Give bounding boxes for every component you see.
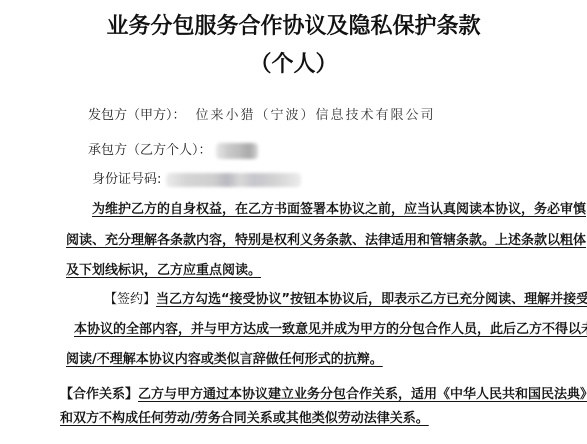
document-subtitle: （个人）	[0, 50, 587, 80]
document-title: 业务分包服务合作协议及隐私保护条款	[0, 12, 587, 42]
signing-tag: 【签约】	[104, 292, 156, 307]
id-number-field: 身份证号码:	[92, 171, 301, 189]
party-b-redacted-value	[216, 143, 258, 159]
cooperation-tag: 【合作关系】	[60, 387, 138, 402]
party-a-value: 位来小猎（宁波）信息技术有限公司	[196, 108, 436, 123]
party-b-field: 承包方（乙方个人）：	[88, 142, 258, 160]
signing-line-1: 【签约】当乙方勾选“接受协议”按钮本协议后，即表示乙方已充分阅读、理解并接受	[104, 291, 587, 309]
agreement-document: 业务分包服务合作协议及隐私保护条款 （个人） 发包方（甲方）：位来小猎（宁波）信…	[0, 0, 587, 444]
cooperation-line-1: 【合作关系】乙方与甲方通过本协议建立业务分包合作关系，适用《中华人民共和国民法典…	[60, 386, 587, 404]
signing-line-3: 阅读/不理解本协议内容或类似言辞做任何形式的抗辩。	[66, 351, 383, 369]
id-number-label: 身份证号码:	[92, 172, 161, 187]
party-b-label: 承包方（乙方个人）：	[88, 143, 212, 158]
notice-line-3: 及下划线标识，乙方应重点阅读。	[66, 262, 261, 280]
party-a-field: 发包方（甲方）：位来小猎（宁波）信息技术有限公司	[88, 107, 436, 125]
id-number-redacted-value	[166, 173, 301, 187]
cooperation-line-2: 和双方不构成任何劳动/劳务合同关系或其他类似劳动法律关系。	[60, 410, 429, 428]
signing-line-2: 本协议的全部内容，并与甲方达成一致意见并成为甲方的分包合作人员，此后乙方不得以未	[74, 321, 587, 339]
notice-line-1: 为维护乙方的自身权益，在乙方书面签署本协议之前，应当认真阅读本协议，务必审慎	[92, 201, 586, 219]
party-a-label: 发包方（甲方）：	[88, 108, 186, 123]
notice-line-2: 阅读、充分理解各条款内容，特别是权利义务条款、法律适用和管辖条款。上述条款以粗体	[66, 232, 586, 250]
